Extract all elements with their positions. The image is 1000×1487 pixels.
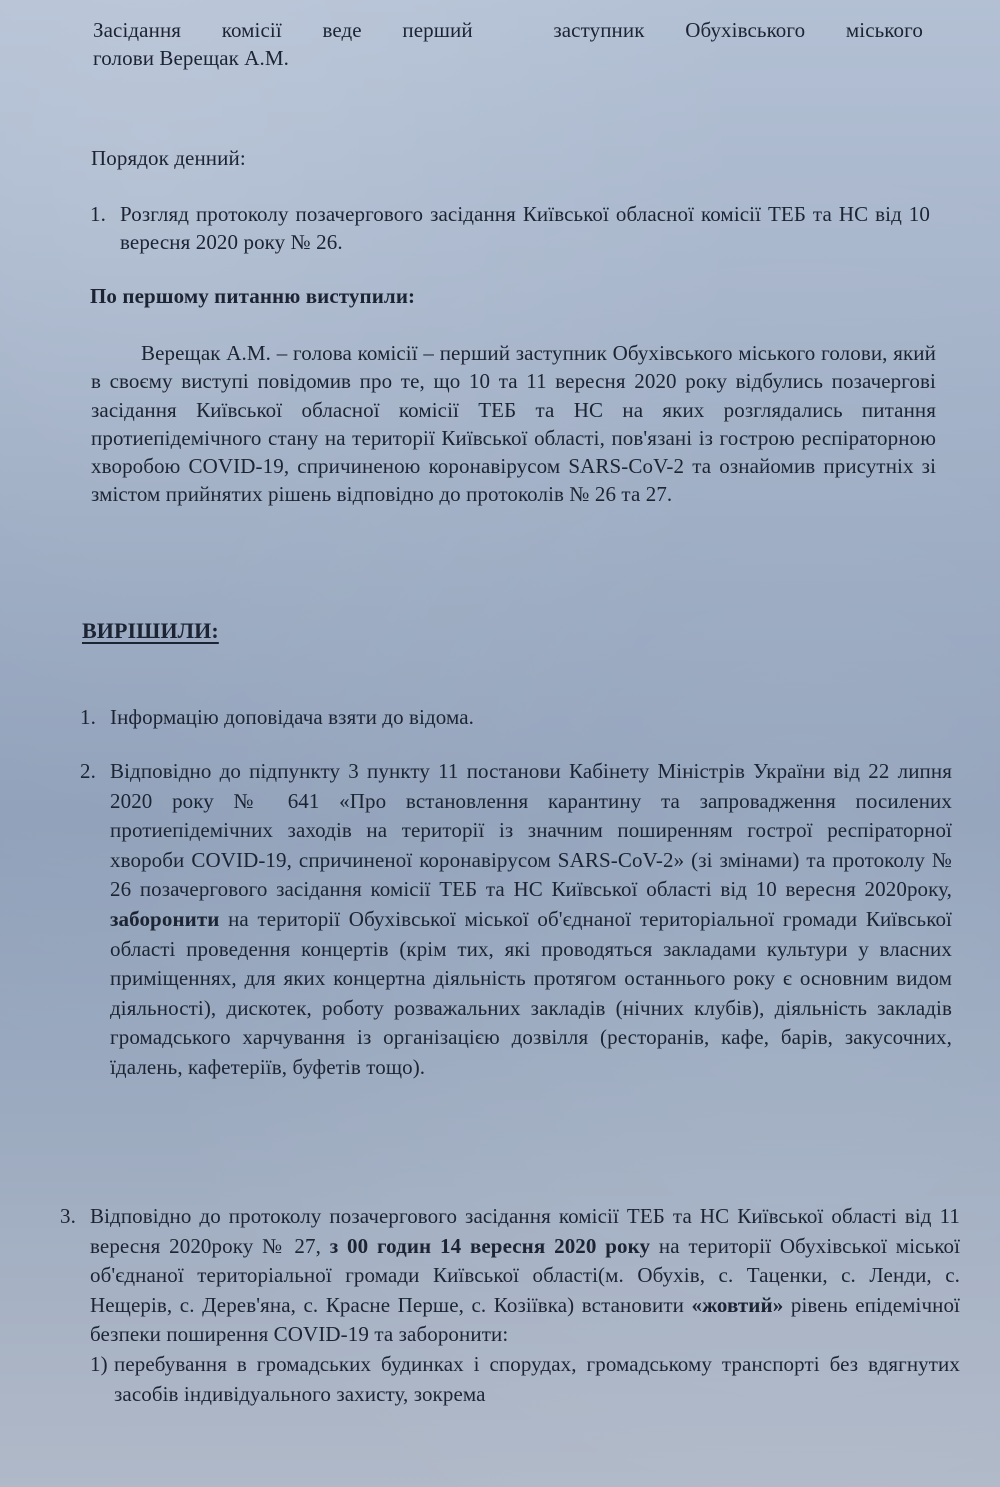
resolution-main: 3. Відповідно до протоколу позачергового… <box>60 1202 960 1350</box>
resolution-item-2: 2. Відповідно до підпункту 3 пункту 11 п… <box>80 757 952 1083</box>
intro-word: веде <box>322 16 361 44</box>
speakers-heading: По першому питанню виступили: <box>90 282 415 310</box>
subitem-label: 1) <box>90 1350 114 1409</box>
agenda-item-text: Розгляд протоколу позачергового засіданн… <box>120 200 930 256</box>
speaker-paragraph-text: Верещак А.М. – голова комісії – перший з… <box>91 339 936 509</box>
agenda-item: 1. Розгляд протоколу позачергового засід… <box>90 200 930 256</box>
agenda-title: Порядок денний: <box>91 144 246 172</box>
resolution-text-part: на території Обухівської міської об'єдна… <box>110 907 952 1079</box>
intro-word: Засідання <box>93 16 181 44</box>
intro-word: міського <box>846 16 923 44</box>
subitem-text: перебування в громадських будинках і спо… <box>114 1350 960 1409</box>
intro-line-2: голови Верещак А.М. <box>93 44 923 72</box>
intro-word: заступник <box>553 16 644 44</box>
meeting-intro: Засідання комісії веде перший заступник … <box>93 16 923 72</box>
intro-word: Обухівського <box>685 16 805 44</box>
document-page: Засідання комісії веде перший заступник … <box>0 0 1000 1487</box>
resolution-number: 2. <box>80 757 110 1083</box>
speaker-paragraph: Верещак А.М. – голова комісії – перший з… <box>91 339 936 509</box>
resolution-text: Відповідно до протоколу позачергового за… <box>90 1202 960 1350</box>
resolution-bold-level: «жовтий» <box>691 1293 783 1317</box>
resolution-text: Інформацію доповідача взяти до відома. <box>110 703 930 731</box>
resolution-item-1: 1. Інформацію доповідача взяти до відома… <box>80 703 930 731</box>
resolution-number: 3. <box>60 1202 90 1350</box>
resolution-number: 1. <box>80 703 110 731</box>
resolution-bold-term: заборонити <box>110 907 219 931</box>
resolution-bold-date: з 00 годин 14 вересня 2020 року <box>330 1234 650 1258</box>
resolution-subitem: 1) перебування в громадських будинках і … <box>60 1350 960 1409</box>
resolution-text-part: Відповідно до підпункту 3 пункту 11 пост… <box>110 759 952 901</box>
resolution-text: Відповідно до підпункту 3 пункту 11 пост… <box>110 757 952 1083</box>
intro-word: перший <box>402 16 472 44</box>
intro-word: комісії <box>222 16 282 44</box>
resolution-item-3: 3. Відповідно до протоколу позачергового… <box>60 1202 960 1409</box>
intro-line-1: Засідання комісії веде перший заступник … <box>93 16 923 44</box>
agenda-item-number: 1. <box>90 200 120 256</box>
resolved-heading: ВИРІШИЛИ: <box>82 617 219 645</box>
